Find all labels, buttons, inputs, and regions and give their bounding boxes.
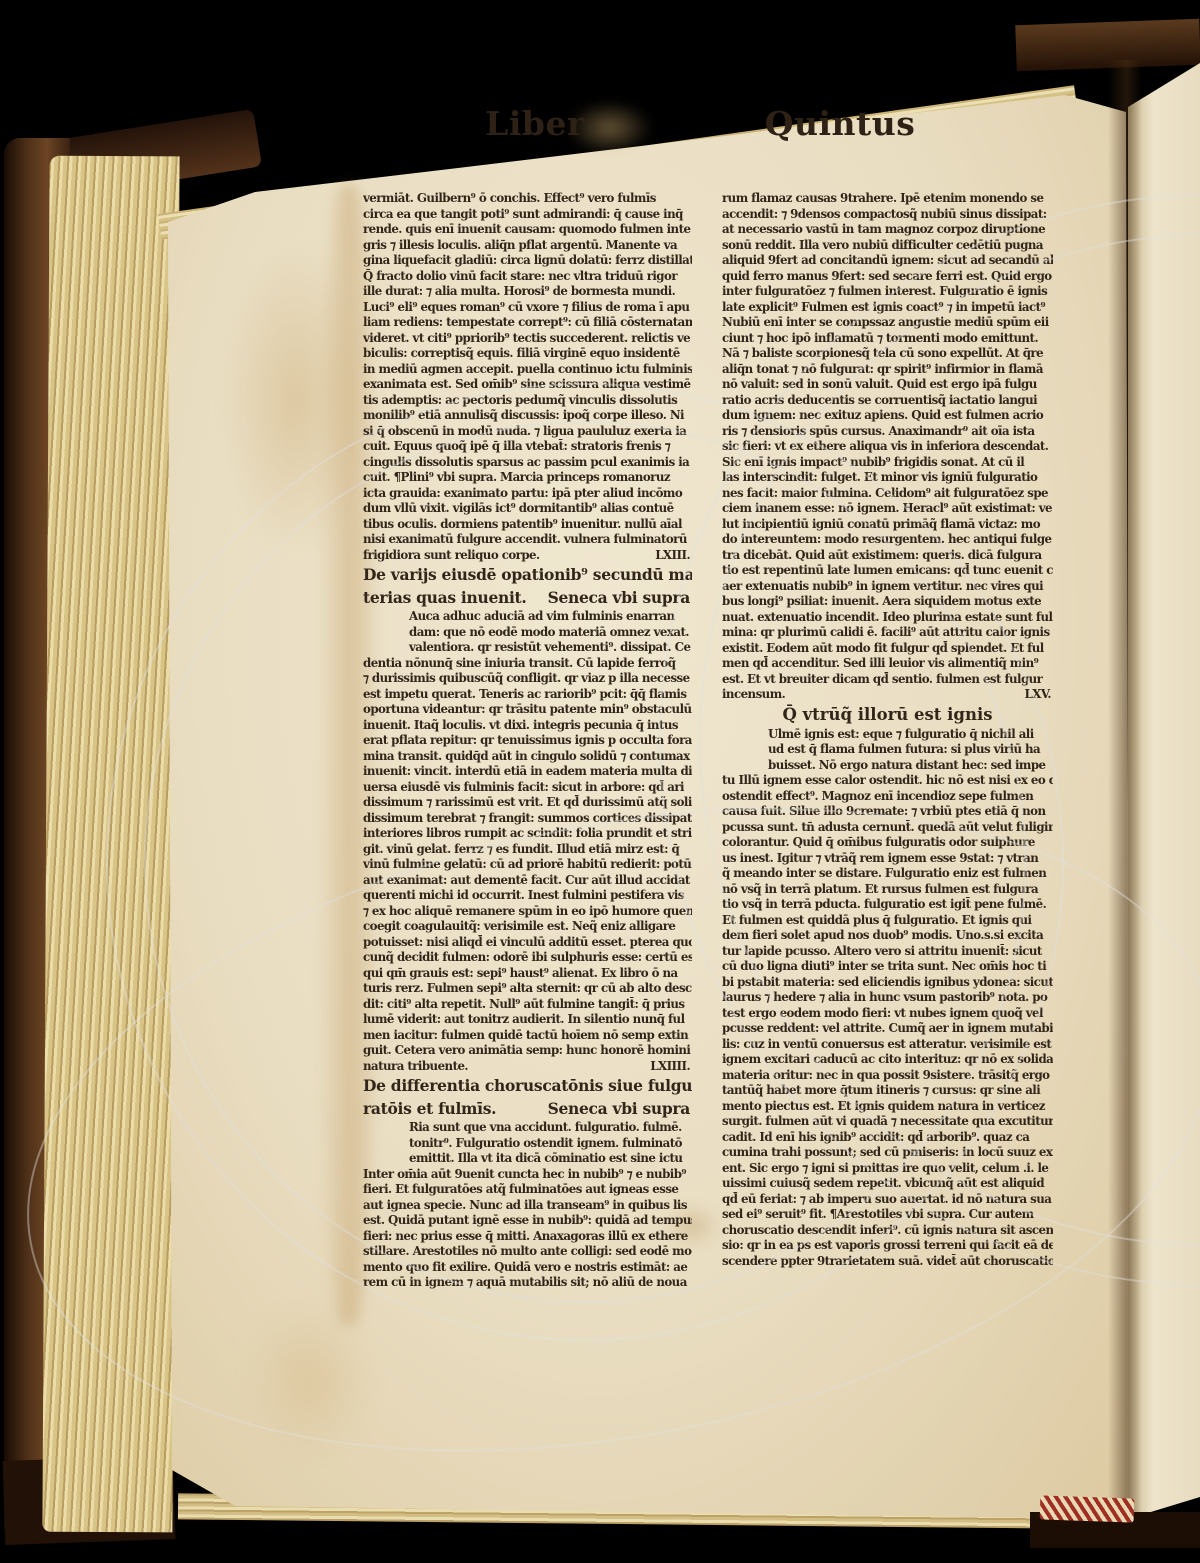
text-line: monilib⁹ etiā annulisq̃ discussis: ipoq̃… (363, 408, 692, 424)
text-line: mento quo fit exilire. Quidā vero e nost… (363, 1260, 692, 1276)
text-line: nō valuit: sed in sonū valuit. Quid est … (722, 377, 1053, 393)
text-line: tantūq̃ habet more q̄tum itineris ⁊ curs… (722, 1083, 1053, 1099)
text-line: emittit. Illa vt ita dicā cōminatio est … (363, 1151, 692, 1167)
text-line: ciem inanem esse: nō ignem. Heracl⁹ aūt … (722, 501, 1053, 517)
text-column-right: rum flamaz causas 9trahere. Ipē etenim m… (722, 191, 1053, 1269)
text-line: interiores libros rumpit ac scindit: fol… (363, 826, 692, 842)
text-line: ignem excitari caducū ac cito interituz:… (722, 1052, 1053, 1068)
text-line: scendere ppter 9trarietatem suā. videt̄ … (722, 1254, 1053, 1270)
text-line: rende. quis enī inuenit causam: quomodo … (363, 222, 692, 238)
text-line: stillare. Arestotiles nō multo ante coll… (363, 1244, 692, 1260)
text-line: lis: cuz in ventū conuersus est atteratu… (722, 1037, 1053, 1053)
text-line: dit: citi⁹ alta repetit. Null⁹ aūt fulmi… (363, 997, 692, 1013)
text-line: gina liquefacit gladiū: circa lignū dola… (363, 253, 692, 269)
text-line: dissimum ⁊ rarissimū est vrit. Et qd̄ du… (363, 795, 692, 811)
text-line: ris ⁊ densioris spūs cursus. Anaximandr⁹… (722, 424, 1053, 440)
text-line: uissimi cuiusq̃ sedem repetit. vbicunq̃ … (722, 1176, 1053, 1192)
text-line: mento piectus est. Et ignis quidem natur… (722, 1099, 1053, 1115)
text-line: ⁊ ex hoc aliquē remanere spūm in eo ipō … (363, 904, 692, 920)
text-line: mina transit. quidq̄d aūt in cingulo sol… (363, 749, 692, 765)
page-edges-left-fan (42, 156, 179, 1533)
text-line: Et fulmen est quiddā plus q̄ fulguratio.… (722, 913, 1053, 929)
text-line: Q̄ fracto dolio vinū facit stare: nec vl… (363, 269, 692, 285)
text-line: cadit. Id enī his ignib⁹ accidit: qd̄ ar… (722, 1130, 1053, 1146)
text-line: querenti michi id occurrit. Inest fulmin… (363, 888, 692, 904)
text-line: lut incipientiū igniū conatū primāq̃ fla… (722, 517, 1053, 533)
text-line: exanimata est. Sed om̄ib⁹ sine scissura … (363, 377, 692, 393)
text-line: icta grauida: exanimato partu: ipā pter … (363, 486, 692, 502)
text-line: aut ignea specie. Nunc ad illa transeam⁹… (363, 1198, 692, 1214)
text-line: sed ei⁹ seruit⁹ fit. ¶Arestotiles vbi su… (722, 1207, 1053, 1223)
text-line: buisset. Nō ergo natura distant hec: sed… (722, 758, 1053, 774)
text-line: ratio acris deducentis se corruentisq̃ i… (722, 393, 1053, 409)
text-line: git. vinū gelat. ferrz ⁊ es fundit. Illu… (363, 842, 692, 858)
text-line: Sic enī ignis impact⁹ nubib⁹ frigidis so… (722, 455, 1053, 471)
text-line: incensum.LXV. (722, 687, 1053, 703)
text-line: pcussa sunt. tn̄ adusta cernunt̄. quedā … (722, 820, 1053, 836)
text-line: dum vllū vixit. vigilās ict⁹ dormitantib… (363, 501, 692, 517)
text-line: mina: qr plurimū calidi ē. facili⁹ aūt a… (722, 625, 1053, 641)
text-line: qd̄ eū feriat: ⁊ ab imperu suo auertat. … (722, 1192, 1053, 1208)
text-line: ⁊ durissimis quibuscūq̃ confligit. qr vi… (363, 671, 692, 687)
text-line: ille durat: ⁊ alia multa. Horosi⁹ de bor… (363, 284, 692, 300)
text-line: dam: que nō eodē modo materiā omnez vexa… (363, 625, 692, 641)
text-line: aer extenuatis nubib⁹ in ignem vertitur.… (722, 579, 1053, 595)
text-line: cuit. ¶Plini⁹ vbi supra. Marcia princeps… (363, 470, 692, 486)
text-line: q̃ meando inter se distare. Fulguratio e… (722, 866, 1053, 882)
text-line: natura tribuente.LXIIII. (363, 1059, 692, 1075)
text-line: oportuna videantur: qr trāsitu patente m… (363, 702, 692, 718)
text-line: rem cū in ignem ⁊ aquā mutabilis sit; nō… (363, 1275, 692, 1291)
endband-striped (1040, 1495, 1135, 1522)
text-line: tonitr⁹. Fulguratio ostendit ignem. fulm… (363, 1136, 692, 1152)
text-line: nes facit: maior fulmina. Celidom⁹ ait f… (722, 486, 1053, 502)
text-line: tis ademptis: ac pectoris pedumq̃ vincul… (363, 393, 692, 409)
column-heading-line: ratōis et fulmīs.Seneca vbi supra (363, 1097, 692, 1120)
text-line: Ria sunt que vna accidunt. fulguratio. f… (363, 1120, 692, 1136)
text-line: tibus oculis. dormiens patentib⁹ inuenit… (363, 517, 692, 533)
text-line: las interscindit: fulget. Et minor vis i… (722, 470, 1053, 486)
text-line: fieri. Et fulguratōes atq̃ fulminatōes a… (363, 1182, 692, 1198)
photo-backdrop: { "header": { "left": "Liber", "right": … (0, 0, 1200, 1563)
column-heading-line: De varijs eiusdē opationib⁹ secundū ma (363, 563, 692, 586)
text-line: accendit: ⁊ 9densos compactosq̃ nubiū si… (722, 207, 1053, 223)
text-line: ent. Sic ergo ⁊ igni si pmittas ire quo … (722, 1161, 1053, 1177)
text-line: tur lapide pcusso. Altero vero si attrit… (722, 944, 1053, 960)
text-line: bus longi⁹ psiliat: inuenit. Aera siquid… (722, 594, 1053, 610)
text-line: inuenit. Itaq̃ loculis. vt dixi. integri… (363, 718, 692, 734)
text-line: liam rediens: tempestate corrept⁹: cū fi… (363, 315, 692, 331)
text-line: coegit coagulauitq̃: verisimile est. Neq… (363, 919, 692, 935)
text-line: materia oritur: nec in qua possit 9siste… (722, 1068, 1053, 1084)
chapter-numeral: LXIII. (655, 548, 690, 564)
text-line: turis rerz. Fulmen sepi⁹ alta sternit: q… (363, 981, 692, 997)
text-line: cumina trahi possunt; sed cū pmiseris: i… (722, 1145, 1053, 1161)
text-line: ciunt ⁊ hoc ipō inflamatū ⁊ tormenti mod… (722, 331, 1053, 347)
text-line: ostendit effect⁹. Magnoz enī incendioz s… (722, 789, 1053, 805)
text-line: Nubiū enī inter se compssaz angustie med… (722, 315, 1053, 331)
column-heading-line: De differentia choruscatōnis siue fulgu (363, 1074, 692, 1097)
text-line: inter fulguratōez ⁊ fulmen interest. Ful… (722, 284, 1053, 300)
text-line: ud est q̄ flama fulmen futura: si plus v… (722, 742, 1053, 758)
text-line: biculis: correptisq̃ equis. filiā virgin… (363, 346, 692, 362)
text-line: uersa eiusdē vis fulminis facit: sicut i… (363, 780, 692, 796)
text-line: aliquid 9fert ad concitandū ignem: sicut… (722, 253, 1053, 269)
text-line: tra dicebāt. Quid aūt existimem: queris.… (722, 548, 1053, 564)
text-line: men qd̄ accenditur. Sed illi leuior vis … (722, 656, 1053, 672)
header-quintus: Quintus (765, 104, 916, 143)
text-line: est. Quidā putant ignē esse in nubib⁹: q… (363, 1213, 692, 1229)
text-line: tio est repentinū late lumen emicans: qd… (722, 563, 1053, 579)
text-line: rum flamaz causas 9trahere. Ipē etenim m… (722, 191, 1053, 207)
text-line: sio: qr in ea ps est vaporis grossi terr… (722, 1238, 1053, 1254)
column-heading-line: terias quas inuenit.Seneca vbi supra (363, 586, 692, 609)
text-line: sic fieri: vt ex ethere aliqua vis in in… (722, 439, 1053, 455)
text-line: Ulmē ignis est: eque ⁊ fulguratio q̄ nic… (722, 727, 1053, 743)
text-line: sonū reddit. Illa vero nubiū difficulter… (722, 238, 1053, 254)
text-line: qui qm̄ grauis est: sepi⁹ haust⁹ alienat… (363, 966, 692, 982)
text-line: dem fieri solet apud nos duob⁹ modis. Un… (722, 928, 1053, 944)
text-line: cingulis dissolutis sparsus ac passim pc… (363, 455, 692, 471)
text-line: fieri: nec prius esse q̄ mitti. Anaxagor… (363, 1229, 692, 1245)
text-column-left: vermiāt. Guilbern⁹ ō conchis. Effect⁹ ve… (363, 191, 692, 1291)
chapter-numeral: Seneca vbi supra (548, 1097, 690, 1120)
text-line: in mediū agmen accepit. puella continuo … (363, 362, 692, 378)
text-line: est. Et vt breuiter dicam qd̄ sentio. fu… (722, 672, 1053, 688)
text-line: late explicit⁹ Fulmen est ignis coact⁹ ⁊… (722, 300, 1053, 316)
text-line: do intereuntem: modo resurgentem. hec an… (722, 532, 1053, 548)
text-line: circa ea que tangit poti⁹ sunt admirandi… (363, 207, 692, 223)
text-line: cū duo ligna diuti⁹ inter se trita sunt.… (722, 959, 1053, 975)
text-line: at necessario vastū in tam magnoz corpoz… (722, 222, 1053, 238)
text-line: dentia nōnunq̄ sine iniuria transit. Cū … (363, 656, 692, 672)
text-line: est impetu querat. Teneris ac rariorib⁹ … (363, 687, 692, 703)
chapter-numeral: Seneca vbi supra (548, 586, 690, 609)
gutter-shadow (1108, 60, 1142, 1520)
text-line: nō vsq̃ in terrā platum. Et rursus fulme… (722, 882, 1053, 898)
text-line: laurus ⁊ hedere ⁊ alia in hunc vsum past… (722, 990, 1053, 1006)
text-line: tio vsq̃ in terrā pducta. fulguratio est… (722, 897, 1053, 913)
text-line: si q̄ obscenū in modū nuda. ⁊ ligua paul… (363, 424, 692, 440)
column-heading-line: Q̄ vtrūq̃ illorū est ignis (722, 703, 1053, 727)
text-line: inuenit: vincit. interdū etiā in eadem m… (363, 764, 692, 780)
text-line: vermiāt. Guilbern⁹ ō conchis. Effect⁹ ve… (363, 191, 692, 207)
chapter-numeral: LXIIII. (650, 1059, 690, 1075)
text-line: quid ferro manus 9fert: sed secare ferri… (722, 269, 1053, 285)
chapter-numeral: LXV. (1025, 687, 1051, 703)
text-line: potuisset: nisi aliqd̄ ei vinculū additū… (363, 935, 692, 951)
text-line: nisi exanimatū fulgure accendit. vulnera… (363, 532, 692, 548)
text-line: Luci⁹ eli⁹ eques roman⁹ cū vxore ⁊ filiu… (363, 300, 692, 316)
text-line: aut exanimat: aut dementē facit. Cur aūt… (363, 873, 692, 889)
text-line: pcusse reddent: vel attrite. Cumq̃ aer i… (722, 1021, 1053, 1037)
text-line: existit. Eodem aūt modo fit fulgur qd̄ s… (722, 641, 1053, 657)
text-line: vinū fulmine gelatū: cū ad priorē habitū… (363, 857, 692, 873)
text-line: men iacitur: fulmen quidē tactū hoīem nō… (363, 1028, 692, 1044)
text-line: aliq̄n tonat ⁊ nō fulgurat: qr spirit⁹ i… (722, 362, 1053, 378)
text-line: choruscatio descendit inferi⁹. cū ignis … (722, 1223, 1053, 1239)
text-line: Auca adhuc aduciā ad vim fulminis enarra… (363, 609, 692, 625)
text-line: frigidiora sunt reliquo corpe.LXIII. (363, 548, 692, 564)
text-line: Nā ⁊ baliste scorpionesq̃ tela cū sono e… (722, 346, 1053, 362)
text-line: cunq̃ decidit fulmen: odorē ibi sulphuri… (363, 950, 692, 966)
text-line: tu Illū ignem esse calor ostendit. hic n… (722, 773, 1053, 789)
text-line: bi pstabit materia: sed eliciendis ignib… (722, 975, 1053, 991)
header-liber: Liber (485, 104, 585, 143)
text-line: colorantur. Quid q̄ om̄ibus fulguratis o… (722, 835, 1053, 851)
text-line: videret. vt citi⁹ ppriorib⁹ tectis succe… (363, 331, 692, 347)
text-line: us inest. Igitur ⁊ vtrāq̃ rem ignem esse… (722, 851, 1053, 867)
text-line: dum ignem: nec exituz apiens. Quid est f… (722, 408, 1053, 424)
text-line: causa fuit. Silue illo 9cremate: ⁊ vrbiū… (722, 804, 1053, 820)
text-line: surgit. fulmen aūt vi quadā ⁊ necessitat… (722, 1114, 1053, 1130)
text-line: dissimum terebrat ⁊ frangit: summos cort… (363, 811, 692, 827)
text-line: gris ⁊ illesis loculis. aliq̄n pflat arg… (363, 238, 692, 254)
text-line: test ergo eodem modo fieri: vt nubes ign… (722, 1006, 1053, 1022)
text-line: nuat. extenuatio incendit. Ideo plurima … (722, 610, 1053, 626)
text-line: lumē viderit: aut tonitrz audierit. In s… (363, 1012, 692, 1028)
text-line: guit. Cetera vero animātia semp: hunc ho… (363, 1043, 692, 1059)
text-line: erat pflata repitur: qr tenuissimus igni… (363, 733, 692, 749)
text-line: cuit. Equus quoq̃ ipē q̄ illa vtebat̄: s… (363, 439, 692, 455)
text-line: Inter om̄ia aūt 9uenit cuncta hec in nub… (363, 1167, 692, 1183)
running-header: Liber Quintus (158, 104, 1133, 154)
text-line: valentiora. qr resistūt vehementi⁹. diss… (363, 640, 692, 656)
